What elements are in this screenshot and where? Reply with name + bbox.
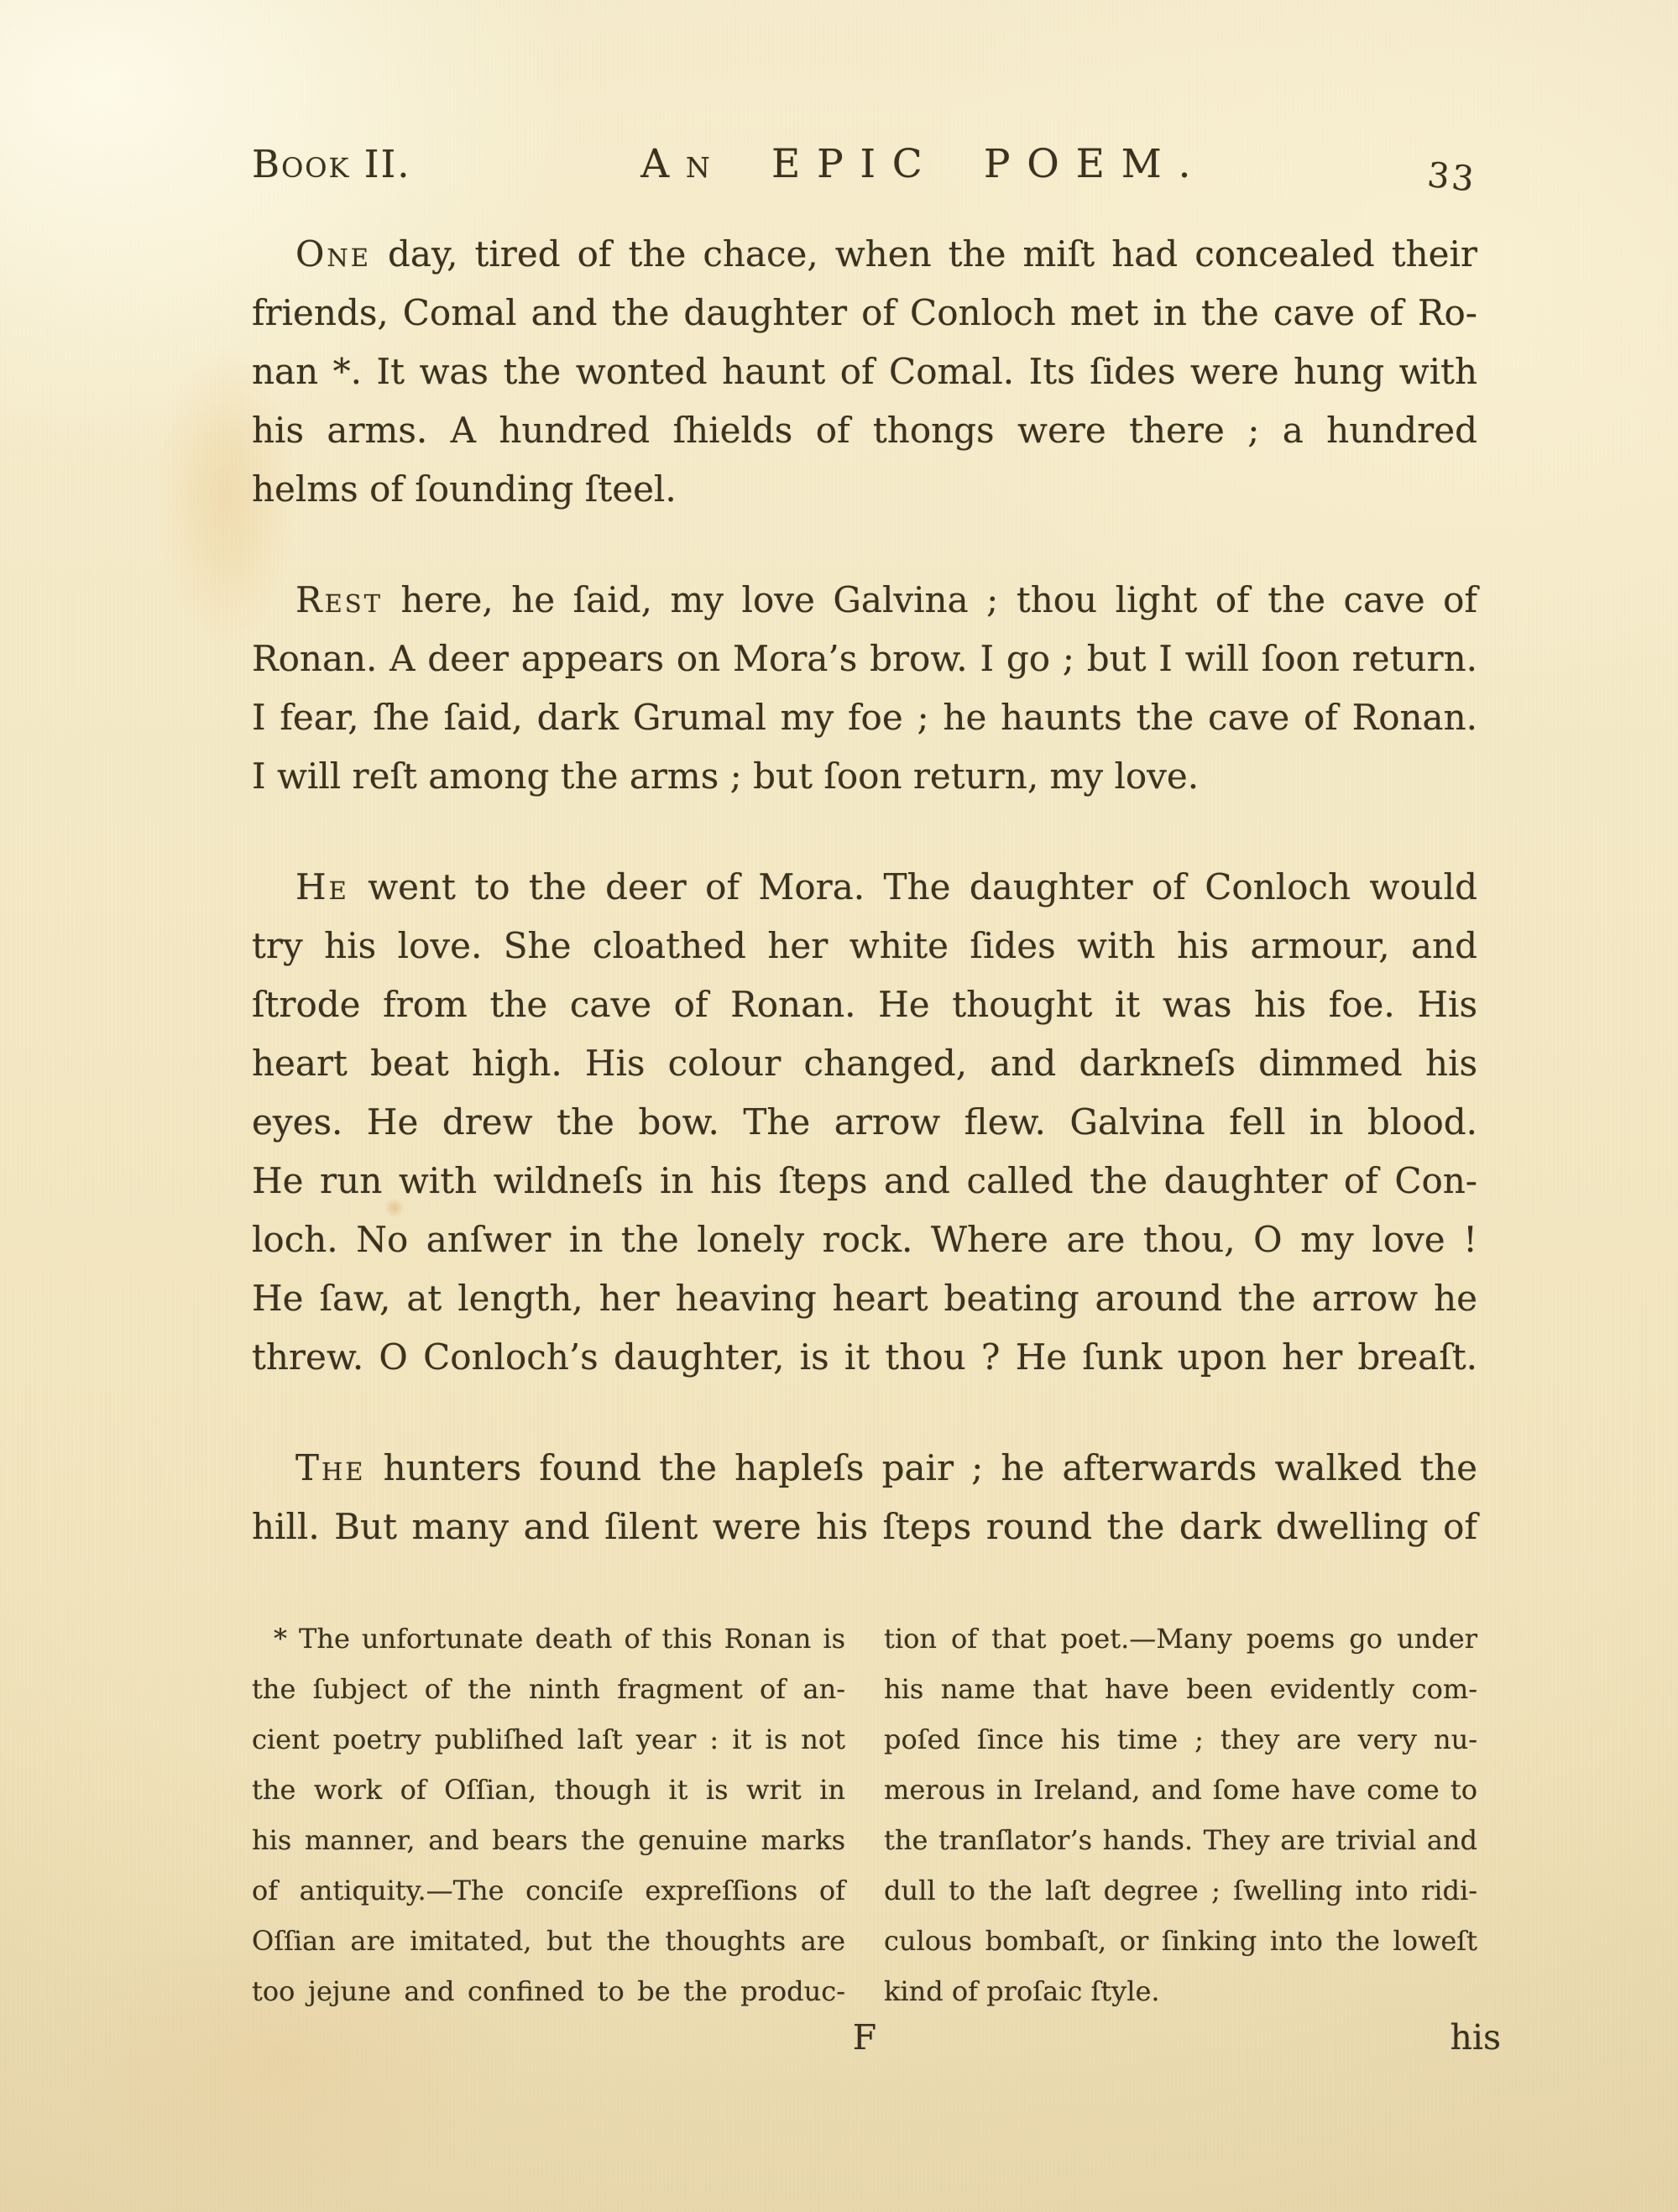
footnote-line: the ſubject of the ninth fragment of an- bbox=[252, 1664, 845, 1714]
text-line: loch. No anſwer in the lonely rock. Wher… bbox=[252, 1211, 1477, 1269]
text-line: He went to the deer of Mora. The daughte… bbox=[252, 858, 1477, 917]
text-line: friends, Comal and the daughter of Conlo… bbox=[252, 284, 1477, 343]
footnote: * The unfortunate death of this Ronan is… bbox=[252, 1613, 1477, 2016]
footnote-line: the tranſlator’s hands. They are trivial… bbox=[884, 1815, 1477, 1865]
text-line: Rest here, he ſaid, my love Galvina ; th… bbox=[252, 571, 1477, 630]
book-page-scan: Book II. An EPIC POEM. 33 One day, tired… bbox=[0, 0, 1678, 2212]
footnote-line: his manner, and bears the genuine marks bbox=[252, 1815, 845, 1865]
footnote-line: merous in Ireland, and ſome have come to bbox=[884, 1765, 1477, 1815]
paragraph-lead: One bbox=[295, 233, 371, 275]
paragraph: The hunters found the hapleſs pair ; he … bbox=[252, 1439, 1477, 1556]
footnote-line: * The unfortunate death of this Ronan is bbox=[252, 1613, 845, 1664]
text-line: eyes. He drew the bow. The arrow flew. G… bbox=[252, 1093, 1477, 1152]
text-line: threw. O Conloch’s daughter, is it thou … bbox=[252, 1328, 1477, 1387]
paragraph: He went to the deer of Mora. The daughte… bbox=[252, 858, 1477, 1387]
footnote-line: of antiquity.—The conciſe expreſſions of bbox=[252, 1865, 845, 1916]
paragraph: One day, tired of the chace, when the mi… bbox=[252, 225, 1477, 519]
text-line: I will reſt among the arms ; but ſoon re… bbox=[252, 747, 1477, 806]
footnote-line: the work of Oſſian, though it is writ in bbox=[252, 1765, 845, 1815]
footnote-column-left: * The unfortunate death of this Ronan is… bbox=[252, 1613, 845, 2016]
text-line: Ronan. A deer appears on Mora’s brow. I … bbox=[252, 630, 1477, 688]
text-line: try his love. She cloathed her white ſid… bbox=[252, 917, 1477, 975]
page-number: 33 bbox=[1425, 154, 1478, 200]
text-line: helms of ſounding ſteel. bbox=[252, 460, 1477, 519]
paragraph: Rest here, he ſaid, my love Galvina ; th… bbox=[252, 571, 1477, 806]
footnote-line: Oſſian are imitated, but the thoughts ar… bbox=[252, 1916, 845, 1966]
text-line: nan *. It was the wonted haunt of Comal.… bbox=[252, 343, 1477, 401]
catchword: his bbox=[1450, 2008, 1501, 2067]
page-header: Book II. An EPIC POEM. 33 bbox=[252, 141, 1477, 187]
text-line: ſtrode from the cave of Ronan. He though… bbox=[252, 975, 1477, 1034]
book-label: Book II. bbox=[252, 142, 411, 186]
paragraph-lead: Rest bbox=[295, 579, 383, 620]
running-title: An EPIC POEM. bbox=[420, 141, 1429, 187]
text-line: I fear, ſhe ſaid, dark Grumal my foe ; h… bbox=[252, 688, 1477, 747]
paragraph-lead: The bbox=[295, 1447, 365, 1488]
text-line: heart beat high. His colour changed, and… bbox=[252, 1034, 1477, 1093]
signature-mark: F bbox=[252, 2008, 1477, 2067]
text-line: He run with wildneſs in his ſteps and ca… bbox=[252, 1152, 1477, 1211]
footnote-line: his name that have been evidently com- bbox=[884, 1664, 1477, 1714]
page-body: One day, tired of the chace, when the mi… bbox=[252, 225, 1477, 1608]
footnote-line: tion of that poet.—Many poems go under bbox=[884, 1613, 1477, 1664]
paragraph-lead: He bbox=[295, 866, 349, 907]
footnote-line: dull to the laſt degree ; ſwelling into … bbox=[884, 1865, 1477, 1916]
page-footer: F his bbox=[252, 2008, 1477, 2067]
footnote-line: culous bombaſt, or ſinking into the lowe… bbox=[884, 1916, 1477, 1966]
text-line: One day, tired of the chace, when the mi… bbox=[252, 225, 1477, 284]
footnote-line: cient poetry publiſhed laſt year : it is… bbox=[252, 1714, 845, 1765]
text-line: his arms. A hundred ſhields of thongs we… bbox=[252, 401, 1477, 460]
footnote-column-right: tion of that poet.—Many poems go underhi… bbox=[884, 1613, 1477, 2016]
text-line: hill. But many and ſilent were his ſteps… bbox=[252, 1498, 1477, 1556]
text-line: He ſaw, at length, her heaving heart bea… bbox=[252, 1269, 1477, 1328]
text-line: The hunters found the hapleſs pair ; he … bbox=[252, 1439, 1477, 1498]
footnote-line: poſed ſince his time ; they are very nu- bbox=[884, 1714, 1477, 1765]
